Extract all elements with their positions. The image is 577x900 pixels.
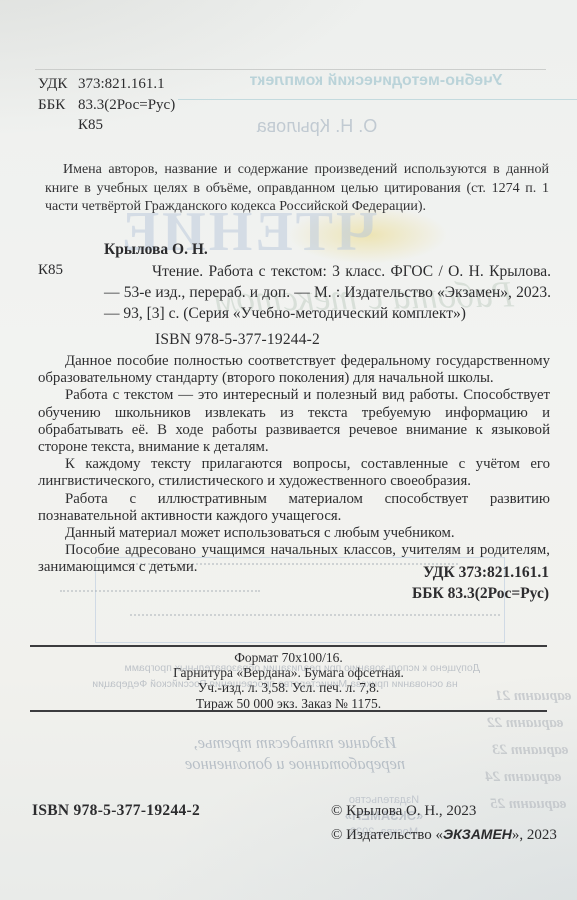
annotation: Данное пособие полностью соответствует ф…	[38, 353, 550, 577]
annotation-paragraph: К каждому тексту прилагаются вопросы, со…	[38, 456, 550, 490]
colophon-line: Тираж 50 000 экз. Заказ № 1175.	[30, 696, 547, 711]
annotation-paragraph: Данное пособие полностью соответствует ф…	[38, 353, 550, 387]
isbn-catalog: ISBN 978-5-377-19244-2	[155, 331, 320, 349]
udk-row: УДК 373:821.161.1	[38, 74, 175, 95]
author-code: К85	[78, 115, 103, 136]
colophon-line: Формат 70x100/16.	[30, 650, 547, 665]
bleedthrough-variant-item: вариант 22	[485, 715, 563, 732]
bleedthrough-series-banner: Учебно-методический комплект	[182, 72, 570, 90]
bleedthrough-edition-line-1: Издание пятьдесят третье,	[150, 733, 440, 753]
top-hairline	[35, 69, 546, 70]
annotation-paragraph: Данный материал может использоваться с л…	[38, 525, 550, 542]
annotation-paragraph: Работа с иллюстративным материалом спосо…	[38, 491, 550, 525]
colophon-line: Уч.-изд. л. 3,58. Усл. печ. л. 7,8.	[30, 680, 547, 695]
bleedthrough-variant-item: вариант 23	[485, 742, 568, 759]
copyright-author: © Крылова О. Н., 2023	[331, 800, 557, 823]
classification-codes-top: УДК 373:821.161.1 ББК 83.3(2Рос=Рус) К85	[38, 74, 175, 136]
publisher-brand: ЭКЗАМЕН	[443, 826, 512, 842]
copyright-publisher: © Издательство «ЭКЗАМЕН», 2023	[331, 823, 557, 847]
bbk-label: ББК	[38, 95, 78, 116]
book-imprint-page: Учебно-методический комплект О. Н. Крыло…	[0, 0, 577, 900]
colophon-rule-top	[30, 645, 547, 647]
colophon-rule-bottom	[30, 710, 547, 712]
bbk-row: ББК 83.3(2Рос=Рус)	[38, 95, 175, 116]
bleedthrough-teal-rule	[178, 99, 577, 100]
colophon-line: Гарнитура «Вердана». Бумага офсетная.	[30, 665, 547, 680]
bleedthrough-variant-item: вариант 24	[485, 769, 561, 786]
bleedthrough-edition-line-2: переработанное и дополненное	[140, 754, 450, 774]
catalog-description: Чтение. Работа с текстом: 3 класс. ФГОС …	[104, 261, 551, 324]
colophon: Формат 70x100/16.Гарнитура «Вердана». Бу…	[30, 650, 547, 711]
author-code-row: К85	[38, 115, 175, 136]
isbn-footer: ISBN 978-5-377-19244-2	[32, 802, 200, 820]
citation-notice: Имена авторов, название и содержание про…	[45, 161, 549, 217]
udk-value: 373:821.161.1	[78, 74, 165, 95]
bbk-value: 83.3(2Рос=Рус)	[78, 95, 175, 116]
copyright-block: © Крылова О. Н., 2023 © Издательство «ЭК…	[331, 800, 557, 847]
catalog-author-code: К85	[38, 262, 63, 279]
bleedthrough-dotted-line	[130, 614, 500, 616]
udk-bottom: УДК 373:821.161.1	[412, 562, 549, 583]
classification-codes-bottom: УДК 373:821.161.1 ББК 83.3(2Рос=Рус)	[412, 562, 549, 604]
udk-label: УДК	[38, 74, 78, 95]
bleedthrough-dotted-line	[60, 590, 260, 592]
bbk-bottom: ББК 83.3(2Рос=Рус)	[412, 583, 549, 604]
bleedthrough-cover-author: О. Н. Крылова	[222, 116, 412, 137]
annotation-paragraph: Работа с текстом — это интересный и поле…	[38, 387, 550, 456]
catalog-author: Крылова О. Н.	[104, 241, 208, 259]
